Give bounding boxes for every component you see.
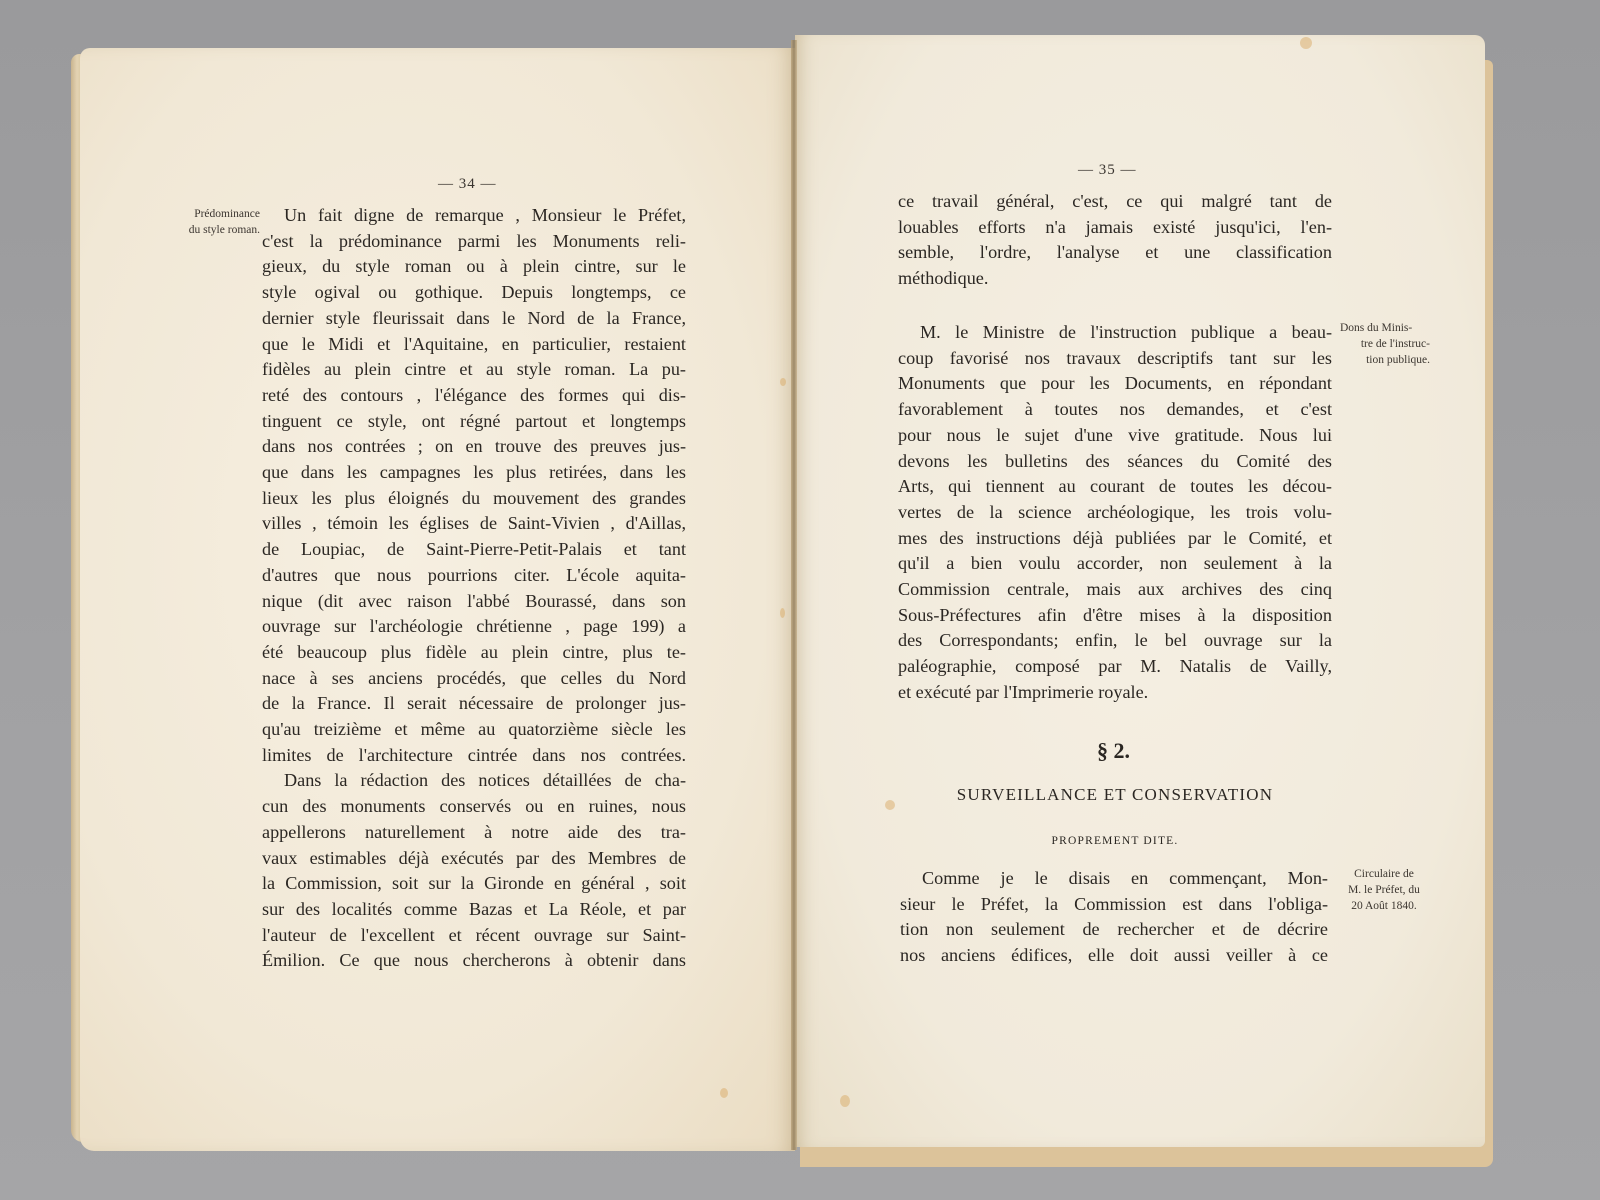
- text-line: dernier style fleurissait dans le Nord d…: [262, 306, 686, 332]
- text-line: Émilion. Ce que nous chercherons à obten…: [262, 948, 686, 974]
- page-number-34: — 34 —: [438, 176, 497, 193]
- text-line: gieux, du style roman ou à plein cintre,…: [262, 254, 686, 280]
- text-line: fidèles au plein cintre et au style roma…: [262, 357, 686, 383]
- marginal-note-circulaire: Circulaire de M. le Préfet, du 20 Août 1…: [1332, 866, 1436, 914]
- marginal-note-line: Prédominance: [168, 206, 260, 222]
- right-page-paragraph-3: Comme je le disais en commençant, Mon- s…: [900, 866, 1328, 969]
- text-line: et exécuté par l'Imprimerie royale.: [898, 680, 1332, 706]
- text-line: Dans la rédaction des notices détaillées…: [262, 768, 686, 794]
- text-line: reté des contours , l'élégance des forme…: [262, 383, 686, 409]
- text-line: ce travail général, c'est, ce qui malgré…: [898, 189, 1332, 215]
- marginal-note-line: du style roman.: [168, 222, 260, 238]
- text-line: ouvrage sur l'archéologie chrétienne , p…: [262, 614, 686, 640]
- text-line: que le Midi et l'Aquitaine, en particuli…: [262, 332, 686, 358]
- text-line: pour nous le sujet d'une vive gratitude.…: [898, 423, 1332, 449]
- marginal-note-line: Circulaire de: [1332, 866, 1436, 882]
- book-gutter: [791, 40, 797, 1150]
- text-line: lieux les plus éloignés du mouvement des…: [262, 486, 686, 512]
- text-line: sur des localités comme Bazas et La Réol…: [262, 897, 686, 923]
- text-line: Commission centrale, mais aux archives d…: [898, 577, 1332, 603]
- text-line: paléographie, composé par M. Natalis de …: [898, 654, 1332, 680]
- left-page-body: Un fait digne de remarque , Monsieur le …: [262, 203, 686, 974]
- text-line: méthodique.: [898, 266, 1332, 292]
- right-page-paragraph-1: ce travail général, c'est, ce qui malgré…: [898, 189, 1332, 292]
- text-line: de la France. Il serait nécessaire de pr…: [262, 691, 686, 717]
- section-subtitle: PROPREMENT DITE.: [1040, 835, 1190, 847]
- marginal-note-line: tion publique.: [1340, 352, 1430, 368]
- text-line: c'est la prédominance parmi les Monument…: [262, 229, 686, 255]
- text-line: nace à ses anciens procédés, que celles …: [262, 666, 686, 692]
- foxing-spot: [840, 1095, 850, 1107]
- text-line: des Correspondants; enfin, le bel ouvrag…: [898, 628, 1332, 654]
- text-line: devons les bulletins des séances du Comi…: [898, 449, 1332, 475]
- foxing-spot: [1300, 37, 1312, 49]
- text-line: d'autres que nous pourrions citer. L'éco…: [262, 563, 686, 589]
- text-line: l'auteur de l'excellent et récent ouvrag…: [262, 923, 686, 949]
- foxing-spot: [780, 608, 785, 618]
- text-line: Monuments que pour les Documents, en rép…: [898, 371, 1332, 397]
- text-line: Un fait digne de remarque , Monsieur le …: [262, 203, 686, 229]
- text-line: villes , témoin les églises de Saint-Viv…: [262, 511, 686, 537]
- text-line: vaux estimables déjà exécutés par des Me…: [262, 846, 686, 872]
- text-line: Comme je le disais en commençant, Mon-: [900, 866, 1328, 892]
- text-line: Arts, qui tiennent au courant de toutes …: [898, 474, 1332, 500]
- text-line: M. le Ministre de l'instruction publique…: [898, 320, 1332, 346]
- text-line: tion non seulement de rechercher et de d…: [900, 917, 1328, 943]
- right-page-paragraph-2: M. le Ministre de l'instruction publique…: [898, 320, 1332, 706]
- foxing-spot: [780, 378, 786, 386]
- section-mark: § 2.: [1097, 738, 1130, 764]
- page-number-35: — 35 —: [1078, 162, 1137, 179]
- marginal-note-line: tre de l'instruc-: [1340, 336, 1430, 352]
- foxing-spot: [720, 1088, 728, 1098]
- text-line: favorablement à toutes nos demandes, et …: [898, 397, 1332, 423]
- text-line: la Commission, soit sur la Gironde en gé…: [262, 871, 686, 897]
- text-line: cun des monuments conservés ou en ruines…: [262, 794, 686, 820]
- foxing-spot: [885, 800, 895, 810]
- marginal-note-predominance: Prédominance du style roman.: [168, 206, 260, 238]
- marginal-note-dons-du-ministre: Dons du Minis- tre de l'instruc- tion pu…: [1340, 320, 1430, 368]
- text-line: louables efforts n'a jamais existé jusqu…: [898, 215, 1332, 241]
- text-line: qu'au treizième et même au quatorzième s…: [262, 717, 686, 743]
- text-line: semble, l'ordre, l'analyse et une classi…: [898, 240, 1332, 266]
- text-line: style ogival ou gothique. Depuis longtem…: [262, 280, 686, 306]
- text-line: Sous-Préfectures afin d'être mises à la …: [898, 603, 1332, 629]
- text-line: vertes de la science archéologique, les …: [898, 500, 1332, 526]
- text-line: que dans les campagnes les plus retirées…: [262, 460, 686, 486]
- text-line: coup favorisé nos travaux descriptifs ta…: [898, 346, 1332, 372]
- section-title: SURVEILLANCE ET CONSERVATION: [940, 785, 1290, 805]
- text-line: tinguent ce style, ont régné partout et …: [262, 409, 686, 435]
- text-line: nos anciens édifices, elle doit aussi ve…: [900, 943, 1328, 969]
- text-line: été beaucoup plus fidèle au plein cintre…: [262, 640, 686, 666]
- text-line: qu'il a bien voulu accorder, non seuleme…: [898, 551, 1332, 577]
- text-line: de Loupiac, de Saint-Pierre-Petit-Palais…: [262, 537, 686, 563]
- text-line: appellerons naturellement à notre aide d…: [262, 820, 686, 846]
- marginal-note-line: Dons du Minis-: [1340, 320, 1430, 336]
- text-line: dans nos contrées ; on en trouve des pre…: [262, 434, 686, 460]
- text-line: limites de l'architecture cintrée dans n…: [262, 743, 686, 769]
- text-line: nique (dit avec raison l'abbé Bourassé, …: [262, 589, 686, 615]
- marginal-note-line: M. le Préfet, du: [1332, 882, 1436, 898]
- text-line: sieur le Préfet, la Commission est dans …: [900, 892, 1328, 918]
- text-line: mes des instructions déjà publiées par l…: [898, 526, 1332, 552]
- marginal-note-line: 20 Août 1840.: [1332, 898, 1436, 914]
